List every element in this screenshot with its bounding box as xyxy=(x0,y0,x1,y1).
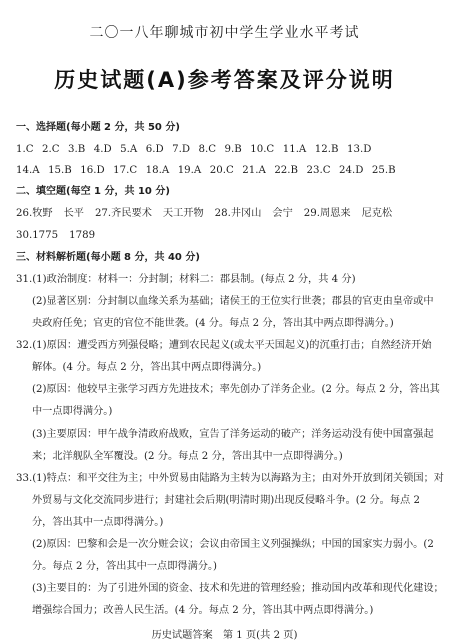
answer-item: 8.C xyxy=(199,143,217,157)
answer-item: 16.D xyxy=(80,164,104,178)
answer-item: 14.A xyxy=(16,164,40,178)
answer-line: 来；北洋舰队全军覆没。(2 分。每点 2 分，答出其中一点即得满分。) xyxy=(32,450,343,464)
answer-line: (3)主要原因：甲午战争清政府战败，宣告了洋务运动的破产；洋务运动没有使中国富强… xyxy=(32,428,434,442)
answer-item: 6.D xyxy=(146,143,164,157)
answer-item: 2.C xyxy=(42,143,60,157)
answer-item: 19.A xyxy=(178,164,202,178)
answer-line: (3)主要目的：为了引进外国的资金、技术和先进的管理经验；推动国内改革和现代化建… xyxy=(32,582,444,596)
choice-answers-row-1: 1.C2.C3.B4.D5.A6.D7.D8.C9.B10.C11.A12.B1… xyxy=(16,143,380,157)
answer-item: 7.D xyxy=(172,143,190,157)
answer-item: 会宁 xyxy=(272,207,292,221)
answer-line: 解体。(4 分。每点 2 分，答出其中两点即得满分。) xyxy=(32,361,261,375)
answer-line: (2)原因：他较早主张学习西方先进技术；率先创办了洋务企业。(2 分。每点 2 … xyxy=(32,383,440,397)
answer-line: (2)显著区别：分封制以血缘关系为基础；诸侯王的王位实行世袭；郡县的官吏由皇帝或… xyxy=(32,295,434,309)
answer-item: 20.C xyxy=(210,164,234,178)
answer-item: 17.C xyxy=(113,164,137,178)
answer-item: 15.B xyxy=(48,164,72,178)
page-footer: 历史试题答案 第 1 页(共 2 页) xyxy=(0,626,449,641)
answer-line: 分，答出其中一点即得满分。) xyxy=(32,516,163,530)
answer-item: 10.C xyxy=(250,143,274,157)
section-heading-fill-in: 二、填空题(每空 1 分，共 10 分) xyxy=(16,185,170,199)
section-heading-material-analysis: 三、材料解析题(每小题 8 分，共 40 分) xyxy=(16,251,200,265)
answer-item: 1789 xyxy=(69,229,95,243)
answer-item: 4.D xyxy=(94,143,112,157)
answer-line: 33.(1)特点：和平交往为主；中外贸易由陆路为主转为以海路为主；由对外开放到闭… xyxy=(16,472,444,486)
section-heading-multiple-choice: 一、选择题(每小题 2 分，共 50 分) xyxy=(16,121,180,135)
answer-line: 央政府任免；官吏的官位不能世袭。(4 分。每点 2 分，答出其中两点即得满分。) xyxy=(32,317,394,331)
answer-key-page: 二〇一八年聊城市初中学生学业水平考试 历史试题(A)参考答案及评分说明 一、选择… xyxy=(0,0,449,644)
answer-line: 32.(1)原因：遭受西方列强侵略；遭到农民起义(或太平天国起义)的沉重打击；自… xyxy=(16,339,432,353)
fill-answers-row-1: 26.牧野长平27.齐民要术天工开物28.井冈山会宁29.周恩来尼克松 xyxy=(16,207,403,221)
answer-item: 24.D xyxy=(339,164,363,178)
answer-item: 11.A xyxy=(283,143,307,157)
answer-line: 分。每点 2 分，答出其中一点即得满分。) xyxy=(32,560,217,574)
document-title: 历史试题(A)参考答案及评分说明 xyxy=(0,64,449,94)
answer-item: 9.B xyxy=(225,143,242,157)
answer-item: 22.B xyxy=(274,164,298,178)
answer-item: 25.B xyxy=(372,164,396,178)
answer-line: 增强综合国力；改善人民生活。(4 分。每点 2 分，答出其中两点即得满分。) xyxy=(32,604,373,618)
answer-line: 中一点即得满分。) xyxy=(32,405,112,419)
answer-item: 尼克松 xyxy=(362,207,393,221)
answer-line: (2)原因：巴黎和会是一次分赃会议；会议由帝国主义列强操纵；中国的国家实力弱小。… xyxy=(32,538,434,552)
answer-line: 31.(1)政治制度：材料一：分封制；材料二：郡县制。(每点 2 分，共 4 分… xyxy=(16,273,356,287)
answer-item: 30.1775 xyxy=(16,229,58,243)
answer-item: 18.A xyxy=(146,164,170,178)
answer-item: 天工开物 xyxy=(163,207,204,221)
answer-item: 28.井冈山 xyxy=(215,207,262,221)
answer-item: 21.A xyxy=(242,164,266,178)
answer-item: 29.周恩来 xyxy=(304,207,351,221)
answer-item: 26.牧野 xyxy=(16,207,53,221)
answer-item: 1.C xyxy=(16,143,34,157)
answer-item: 3.B xyxy=(68,143,85,157)
answer-item: 13.D xyxy=(347,143,371,157)
answer-item: 23.C xyxy=(307,164,331,178)
exam-title: 二〇一八年聊城市初中学生学业水平考试 xyxy=(0,22,449,42)
answer-item: 长平 xyxy=(64,207,84,221)
answer-item: 12.B xyxy=(315,143,339,157)
fill-answers-row-2: 30.17751789 xyxy=(16,229,106,243)
answer-item: 27.齐民要术 xyxy=(95,207,152,221)
answer-line: 外贸易与文化交流同步进行；封建社会后期(明清时期)出现反侵略斗争。(2 分。每点… xyxy=(32,494,420,508)
answer-item: 5.A xyxy=(120,143,137,157)
choice-answers-row-2: 14.A15.B16.D17.C18.A19.A20.C21.A22.B23.C… xyxy=(16,164,404,178)
